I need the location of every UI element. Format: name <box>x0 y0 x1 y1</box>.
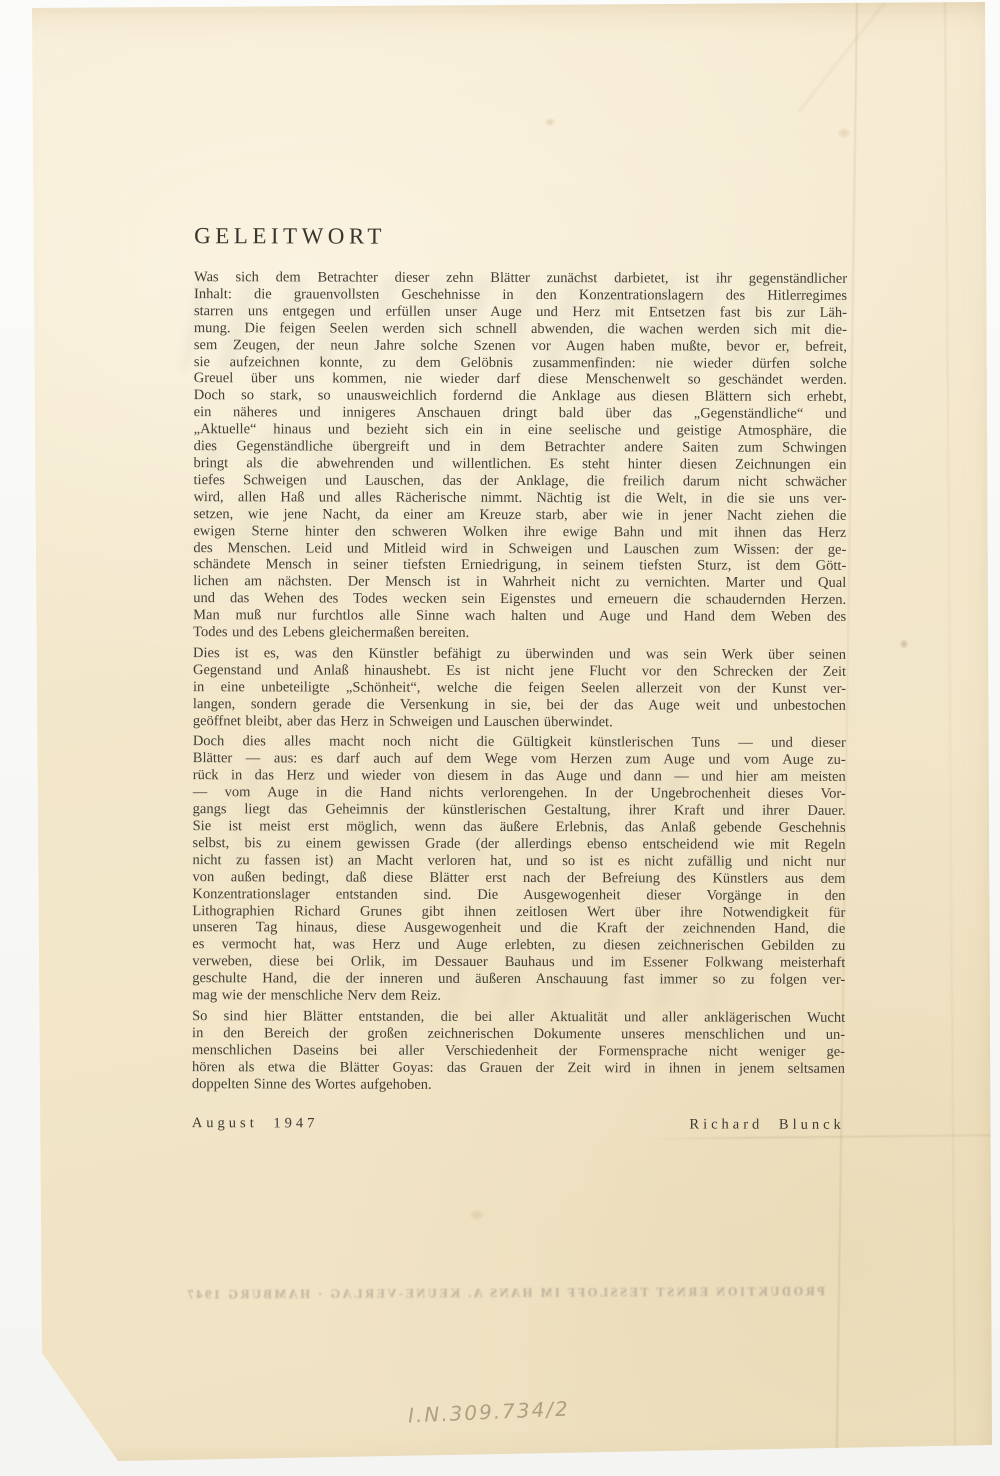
text-line: des Menschen. Leid und Mitleid wird in S… <box>193 540 846 559</box>
text-line: tiefes Schweigen und Lauschen, das der A… <box>193 472 846 491</box>
text-line: von außen bedingt, daß diese Blätter ers… <box>192 869 845 888</box>
text-line: sem Zeugen, der neun Jahre solche Szenen… <box>194 337 847 356</box>
text-line: gangs liegt das Geheimnis der künstleris… <box>193 801 846 820</box>
corner-crease <box>798 0 892 113</box>
text-line: lichen am nächsten. Der Mensch ist in Wa… <box>193 573 846 592</box>
text-line: Todes und des Lebens gleichermaßen berei… <box>193 624 846 643</box>
text-line: wird, allen Haß und alles Rächerische ni… <box>193 489 846 508</box>
text-line: schändete Mensch in seiner tiefsten Erni… <box>193 557 846 576</box>
page-title: GELEITWORT <box>194 223 847 251</box>
imprint-showthrough-mirrored: PRODUKTION ERNST TESSLOFF IM HANS A. KEU… <box>160 1284 850 1303</box>
paper-stain <box>838 128 850 138</box>
text-line: Gegenstand und Anlaß hinaushebt. Es ist … <box>193 662 846 681</box>
foreword-paragraph-3: Doch dies alles macht noch nicht die Gül… <box>192 734 846 1006</box>
text-line: Blätter — aus: es darf auch auf dem Wege… <box>193 751 846 770</box>
text-line: Greuel über uns kommen, nie wieder darf … <box>194 371 847 390</box>
text-line: Doch dies alles macht noch nicht die Gül… <box>193 734 846 753</box>
date-signature-row: August 1947 Richard Blunck <box>192 1115 845 1134</box>
text-line: Man muß nur furchtlos alle Sinne wach ha… <box>193 607 846 626</box>
text-line: selbst, bis zu einem gewissen Grade (der… <box>193 835 846 854</box>
foreword-paragraph-1: Was sich dem Betrachter dieser zehn Blät… <box>193 269 847 643</box>
text-line: und das Wehen des Todes wecken sein Eige… <box>193 590 846 609</box>
text-line: dies Gegenständliche übergreift und in d… <box>194 438 847 457</box>
text-line: Konzentrationslager entstanden sind. Die… <box>192 886 845 905</box>
text-line: mung. Die feigen Seelen werden sich schn… <box>194 320 847 339</box>
text-line: setzen, wie jene Nacht, da einer am Kreu… <box>193 506 846 525</box>
text-line: „Aktuelle“ hinaus und bezieht sich ein i… <box>194 421 847 440</box>
text-line: Was sich dem Betrachter dieser zehn Blät… <box>194 269 847 288</box>
date-line: August 1947 <box>192 1115 319 1132</box>
text-line: Doch so stark, so unausweichlich fordern… <box>194 387 847 406</box>
paper-stain <box>470 1210 484 1220</box>
text-line: bringt als die abwehrenden und willentli… <box>194 455 847 474</box>
foreword-paragraph-2: Dies ist es, was den Künstler befähigt z… <box>193 645 846 731</box>
text-line: rück in das Herz und wieder von diesem i… <box>193 767 846 786</box>
text-line: in eine unbeteiligte „Schönheit“, welche… <box>193 679 846 698</box>
text-line: ein näheres und innigeres Anschauen drin… <box>194 404 847 423</box>
text-line: langen, sondern gerade die Versenkung in… <box>193 696 846 715</box>
text-line: So sind hier Blätter entstanden, die bei… <box>192 1008 845 1027</box>
text-line: starren uns entgegen und erfüllen unser … <box>194 303 847 322</box>
text-line: ewigen Sterne hinter den schweren Wolken… <box>193 523 846 542</box>
text-line: doppelten Sinne des Wortes aufgehoben. <box>192 1076 845 1095</box>
text-line: Inhalt: die grauenvollsten Geschehnisse … <box>194 286 847 305</box>
vertical-crease <box>944 0 956 1450</box>
text-line: Sie ist meist erst möglich, wenn das äuß… <box>193 818 846 837</box>
text-line: verweben, diese bei Orlik, im Dessauer B… <box>192 953 845 972</box>
horizontal-crease <box>640 1134 1000 1140</box>
paper-stain <box>545 118 555 126</box>
paper-stain <box>900 640 908 648</box>
text-line: Dies ist es, was den Künstler befähigt z… <box>193 645 846 664</box>
author-signature: Richard Blunck <box>689 1116 844 1133</box>
text-line: in den Bereich der großen zeichnerischen… <box>192 1025 845 1044</box>
fold-crease-line <box>37 1351 117 1464</box>
text-line: sie aufzeichnen konnte, zu dem Gelöbnis … <box>194 354 847 373</box>
text-line: — vom Auge in die Hand nichts verlorenge… <box>193 784 846 803</box>
foreword-paragraph-4: So sind hier Blätter entstanden, die bei… <box>192 1008 845 1094</box>
foreword-text-block: GELEITWORT Was sich dem Betrachter diese… <box>192 223 847 1133</box>
text-line: menschlichen Daseins bei aller Verschied… <box>192 1042 845 1061</box>
text-line: geöffnet bleibt, aber das Herz in Schwei… <box>193 713 846 732</box>
text-line: hören als etwa die Blätter Goyas: das Gr… <box>192 1059 845 1078</box>
text-line: mag wie der menschliche Nerv dem Reiz. <box>192 987 845 1006</box>
scanned-page: GELEITWORT Was sich dem Betrachter diese… <box>0 0 1000 1476</box>
paper-sheet: GELEITWORT Was sich dem Betrachter diese… <box>0 0 1000 1476</box>
text-line: Lithographien Richard Grunes gibt ihnen … <box>192 903 845 922</box>
text-line: geschulte Hand, die der inneren und äuße… <box>192 970 845 989</box>
handwritten-inventory-note: I.N.309.734/2 <box>408 1396 571 1427</box>
text-line: unseren Tag hinaus, diese Ausgewogenheit… <box>192 920 845 939</box>
text-line: nicht zu fassen ist) an Macht verloren h… <box>192 852 845 871</box>
text-line: es vermocht hat, was Herz und Auge erleb… <box>192 936 845 955</box>
